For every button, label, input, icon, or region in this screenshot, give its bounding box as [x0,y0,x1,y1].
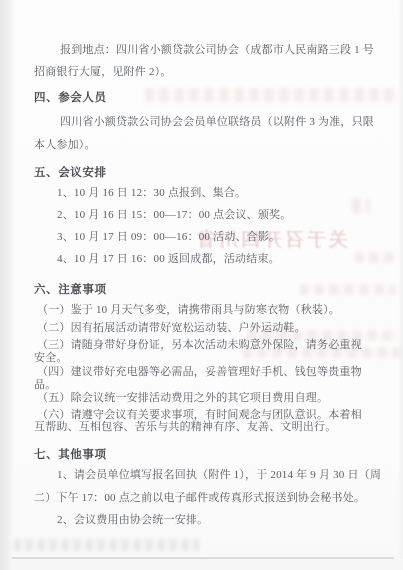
section-5-heading: 五、会议安排 [34,165,107,181]
section-7-item-2: 2、会议费用由协会统一安排。 [57,512,208,528]
bleedthrough-smudge [300,284,395,295]
section-4-heading: 四、参会人员 [34,90,107,106]
section-5-item-1: 1、10 月 16 日 12：30 点报到、集合。 [57,185,246,201]
bleedthrough-smudge [355,252,395,263]
section-4-line-2: 本人参加）。 [34,137,96,153]
intro-line-2: 招商银行大厦，见附件 2）。 [34,64,172,80]
scan-below-page [13,559,403,570]
scan-right-edge [398,0,403,570]
section-6-heading: 六、注意事项 [34,282,107,298]
section-6-item-4: （四）建议带好充电器等必需品，妥善管理好手机、钱包等贵重物 [37,364,362,380]
intro-line-1: 报到地点：四川省小额贷款公司协会（成都市人民南路三段 1 号 [60,42,374,58]
section-5-item-2: 2、10 月 16 日 15：00—17：00 点会议、颁奖。 [57,207,291,223]
section-7-item-1: 1、请会员单位填写报名回执（附件 1），于 2014 年 9 月 30 日（周 [57,467,381,483]
section-5-item-3: 3、10 月 17 日 09：00—16：00 活动、合影。 [57,229,280,245]
bleedthrough-smudge [145,88,400,102]
section-6-item-6-cont: 互帮助、互相包容、苦乐与共的精神有序、友善、文明出行。 [34,419,336,435]
section-7-item-1-cont: 二）下午 17：00 点之前以电子邮件或传真形式报送到协会秘书处。 [34,490,365,506]
section-5-item-4: 4、10 月 17 日 16：00 返回成都，活动结束。 [57,251,280,267]
scan-left-edge [0,0,13,570]
section-6-item-5: （五）除会议统一安排活动费用之外的其它项目费用自理。 [37,390,328,406]
section-6-item-3: （三）请随身带好身份证，另本次活动未购意外保险，请务必重视 [37,337,362,353]
section-6-item-2: （二）因有拓展活动请带好宽松运动装、户外运动鞋。 [37,320,306,336]
section-6-item-1: （一）鉴于 10 月天气多变，请携带雨具与防寒衣物（秋装）。 [37,302,340,318]
section-7-heading: 七、其他事项 [34,447,107,463]
bleedthrough-smudge [352,198,370,214]
section-4-line-1: 四川省小额贷款公司协会会员单位联络员（以附件 3 为准，只限 [60,114,374,130]
bleedthrough-smudge [14,539,199,551]
scanned-document-page: 关于召开四川省 报到地点：四川省小额贷款公司协会（成都市人民南路三段 1 号 招… [0,0,403,570]
